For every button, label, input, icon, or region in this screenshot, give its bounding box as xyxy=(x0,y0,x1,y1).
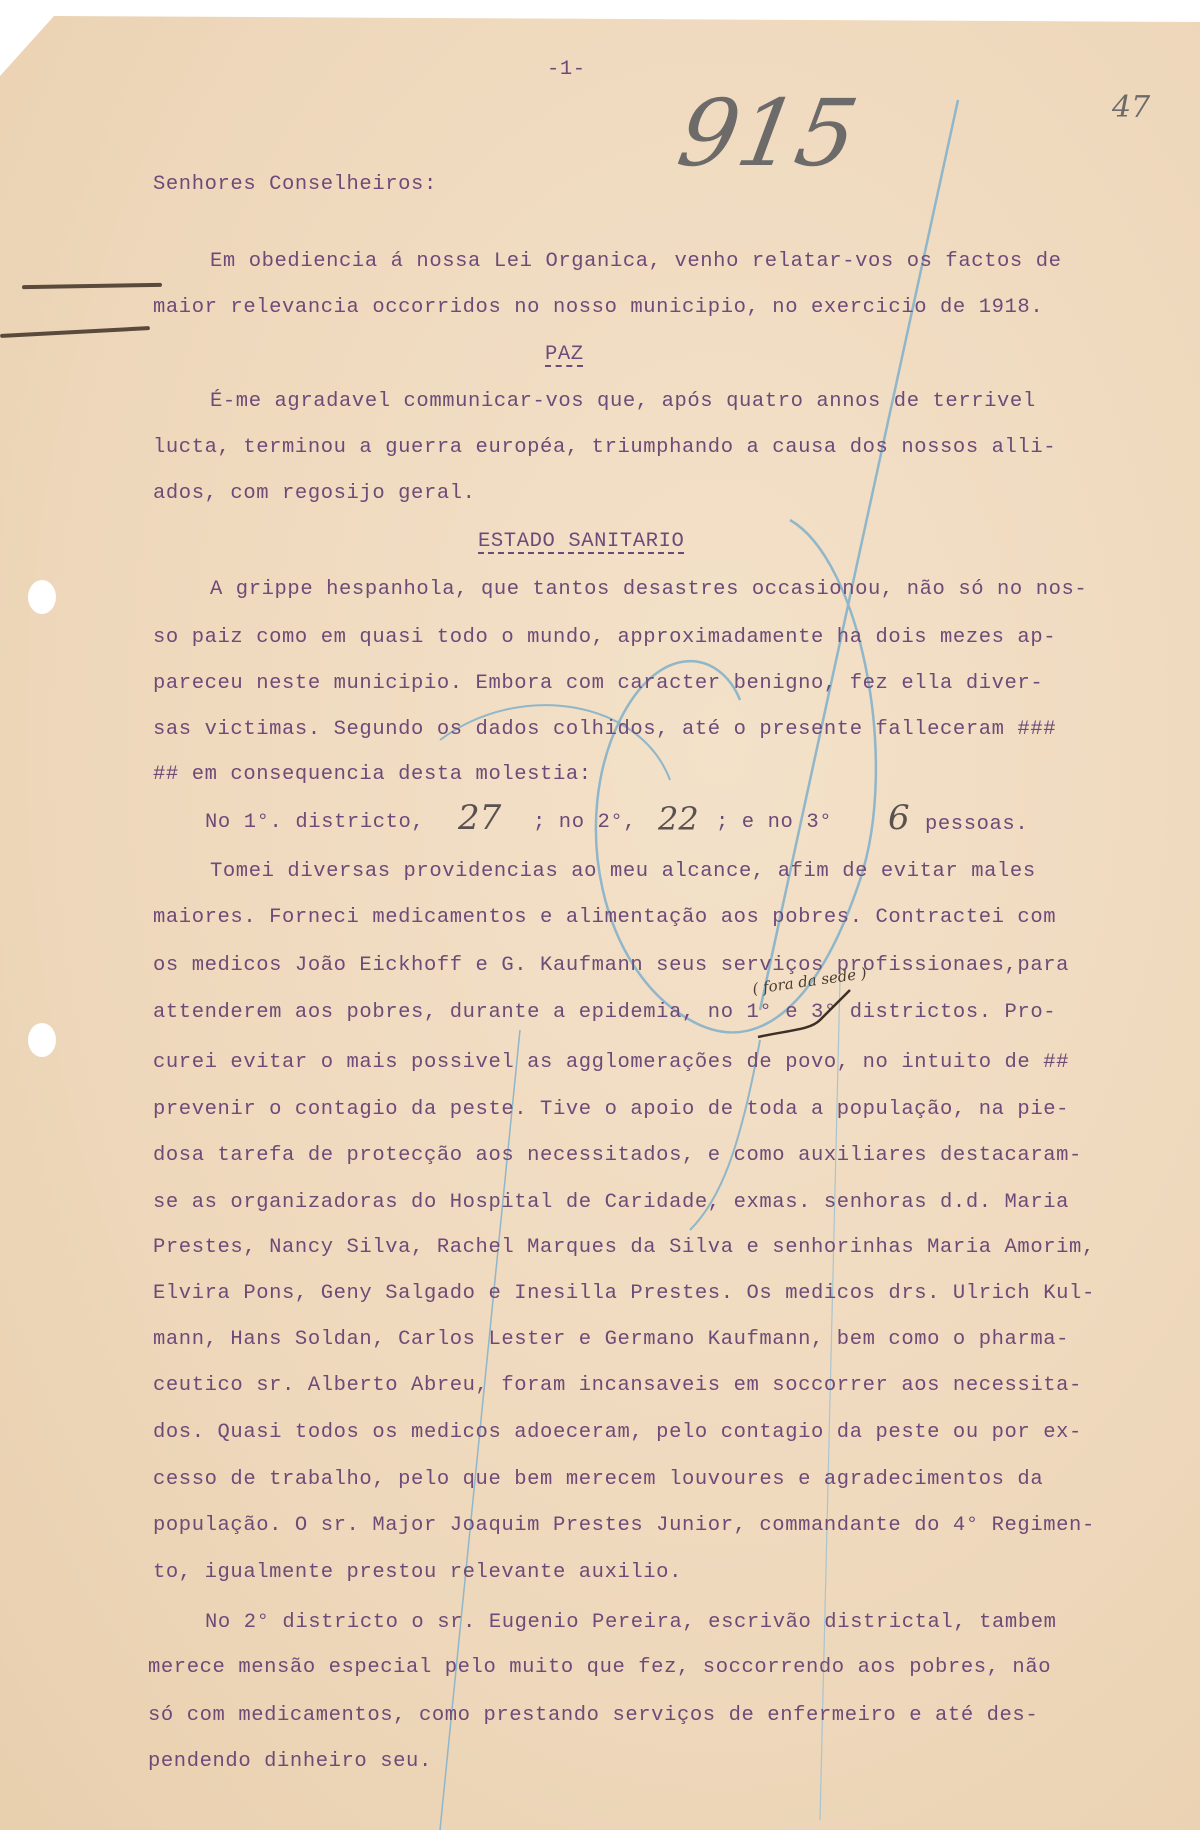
paragraph-line: curei evitar o mais possivel as agglomer… xyxy=(153,1053,1069,1074)
paragraph-line: dosa tarefa de protecção aos necessitado… xyxy=(153,1146,1082,1167)
paragraph-line: ceutico sr. Alberto Abreu, foram incansa… xyxy=(153,1376,1082,1397)
insertion-mark xyxy=(0,0,1200,1830)
paragraph-line: Elvira Pons, Geny Salgado e Inesilla Pre… xyxy=(153,1284,1095,1305)
paragraph-line: pendendo dinheiro seu. xyxy=(148,1752,432,1773)
paragraph-line: dos. Quasi todos os medicos adoeceram, p… xyxy=(153,1423,1082,1444)
paragraph-line: prevenir o contagio da peste. Tive o apo… xyxy=(153,1100,1069,1121)
paragraph-line: só com medicamentos, como prestando serv… xyxy=(148,1706,1038,1727)
paragraph-line: cesso de trabalho, pelo que bem merecem … xyxy=(153,1470,1043,1491)
paragraph-line: população. O sr. Major Joaquim Prestes J… xyxy=(153,1516,1095,1537)
paragraph-line: merece mensão especial pelo muito que fe… xyxy=(148,1658,1051,1679)
paragraph-line: mann, Hans Soldan, Carlos Lester e Germa… xyxy=(153,1330,1069,1351)
paragraph-line: No 2° districto o sr. Eugenio Pereira, e… xyxy=(205,1613,1057,1634)
paragraph-line: Prestes, Nancy Silva, Rachel Marques da … xyxy=(153,1238,1095,1259)
paragraph-line: to, igualmente prestou relevante auxilio… xyxy=(153,1563,682,1584)
paragraph-line: se as organizadoras do Hospital de Carid… xyxy=(153,1193,1069,1214)
